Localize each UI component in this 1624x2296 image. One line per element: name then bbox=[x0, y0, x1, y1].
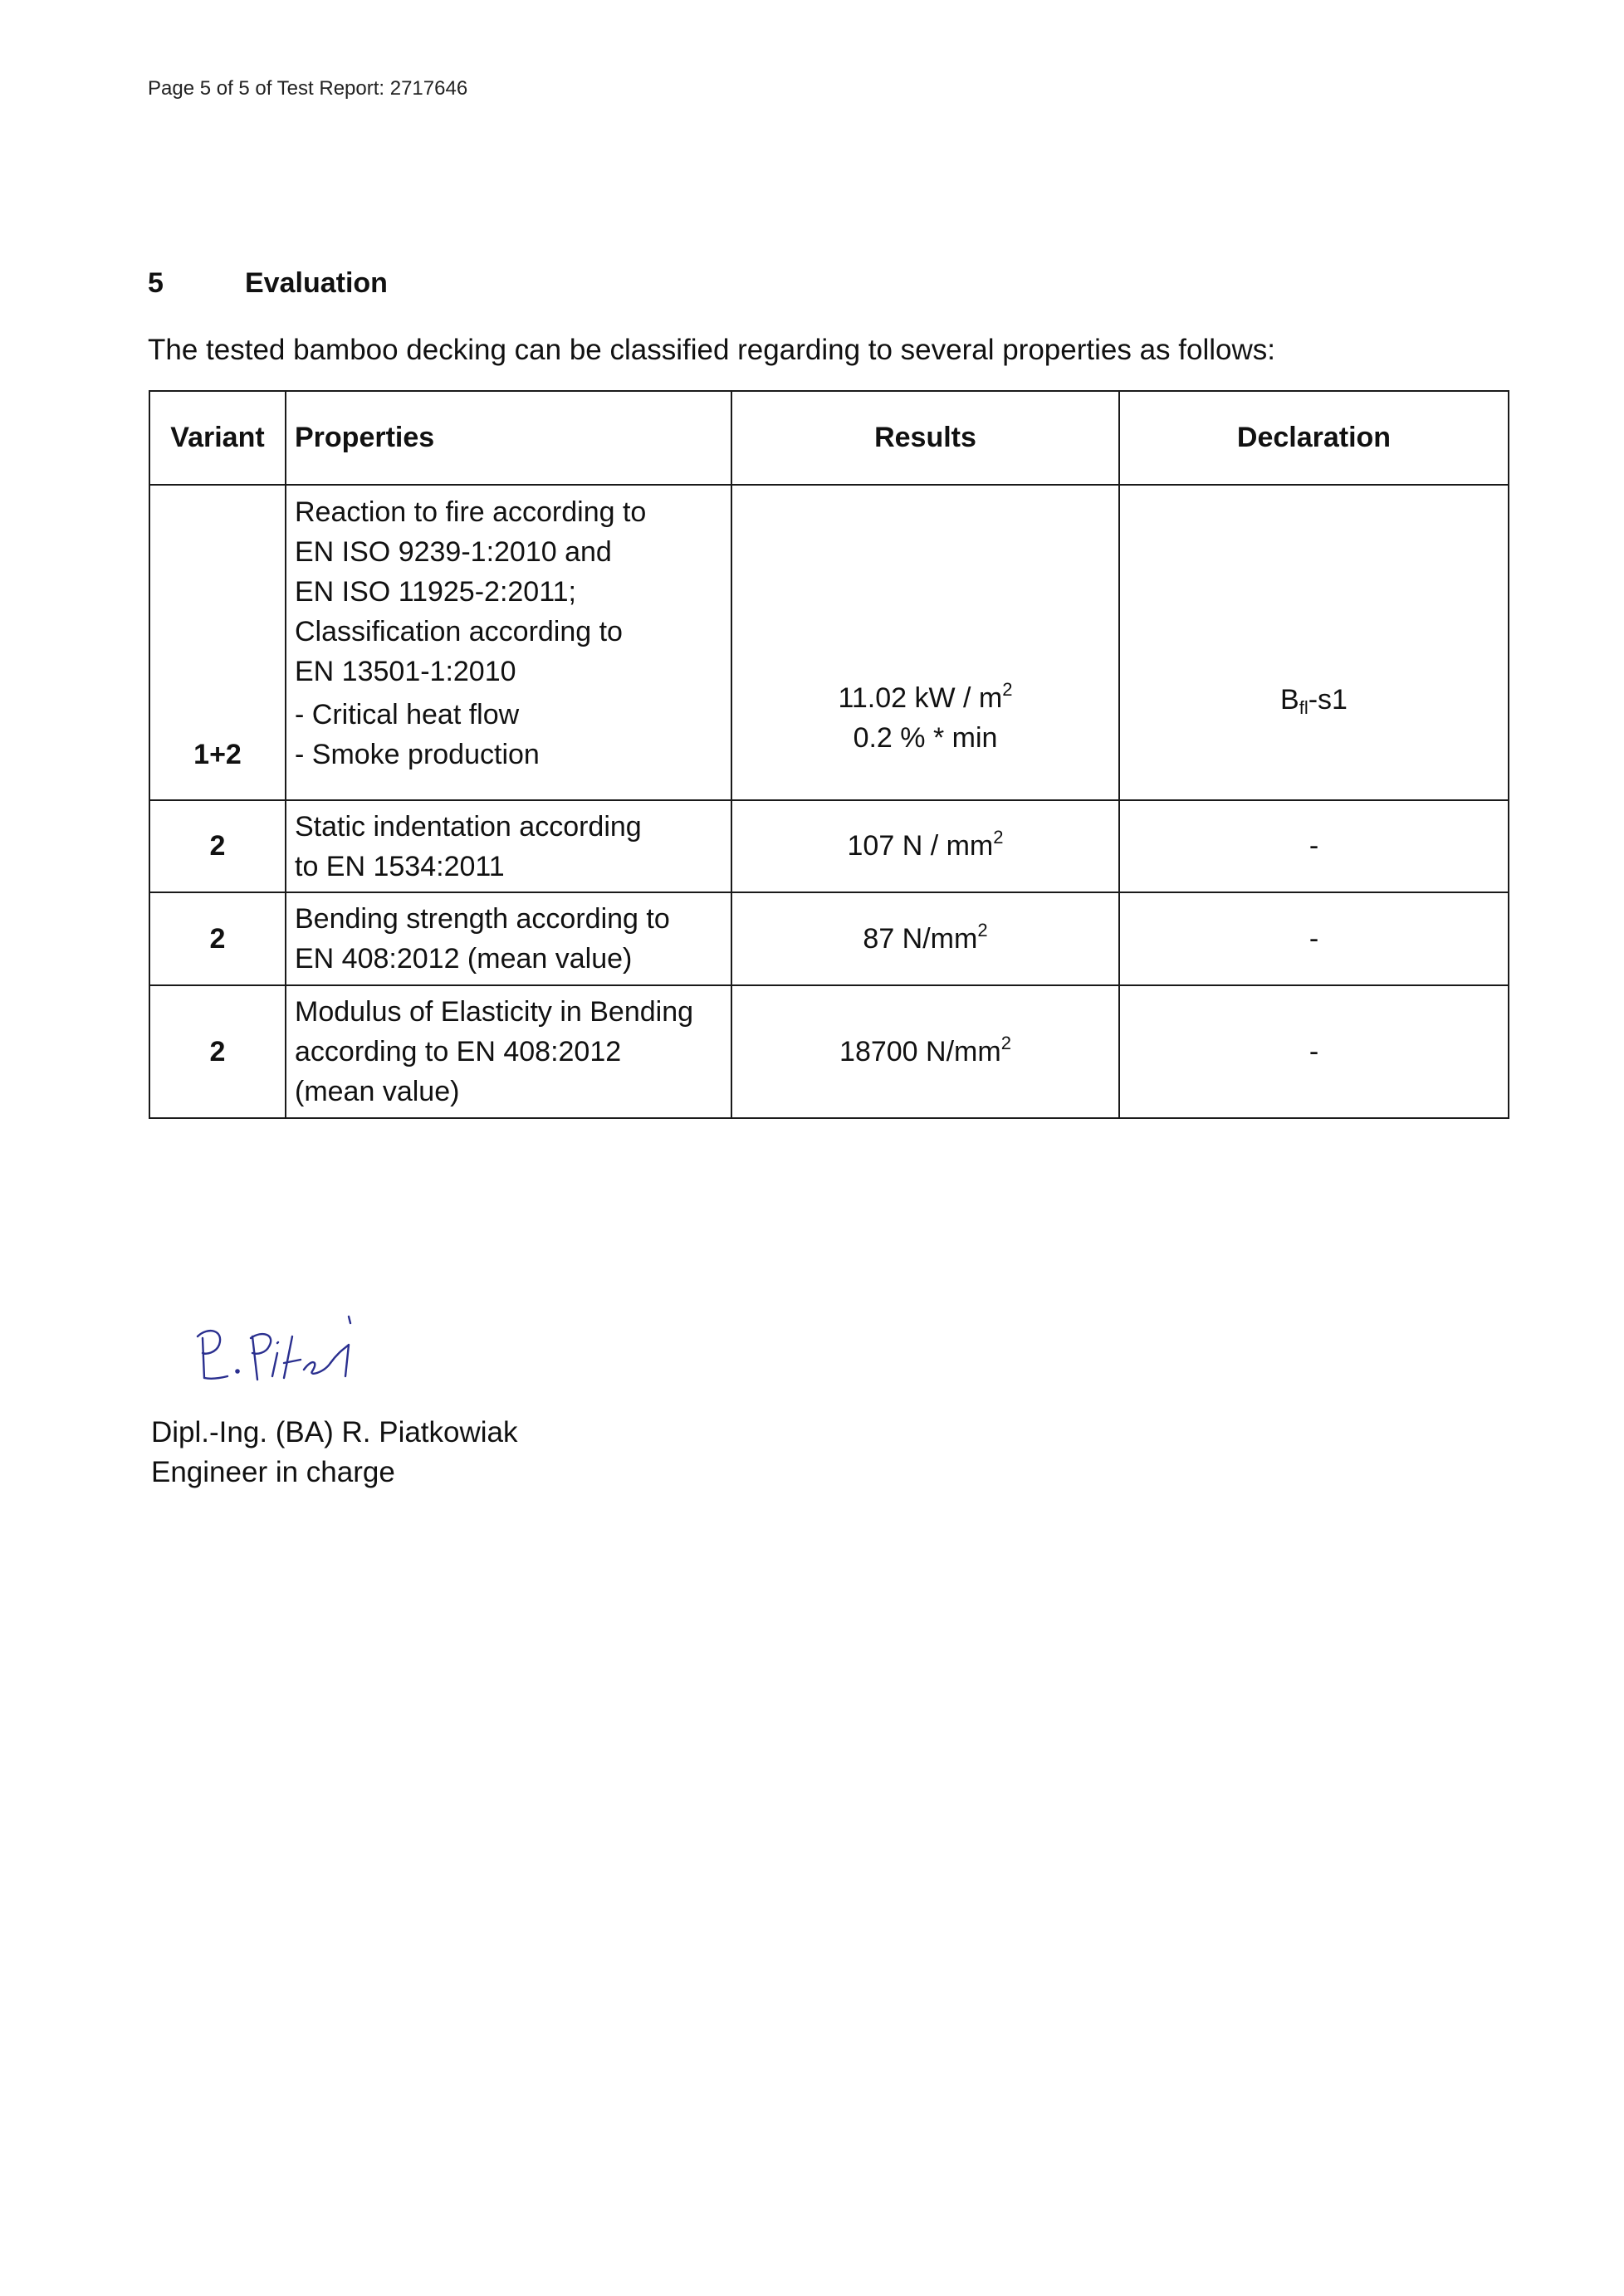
table-row: 2 Modulus of Elasticity in Bending accor… bbox=[149, 985, 1509, 1118]
property-line: according to EN 408:2012 bbox=[295, 1032, 722, 1072]
table-row: 2 Static indentation according to EN 153… bbox=[149, 800, 1509, 892]
page-header: Page 5 of 5 of Test Report: 2717646 bbox=[148, 77, 467, 100]
property-line: - Critical heat flow bbox=[295, 695, 722, 735]
evaluation-table: Variant Properties Results Declaration 1… bbox=[149, 390, 1509, 1119]
intro-paragraph: The tested bamboo decking can be classif… bbox=[148, 334, 1275, 367]
property-line: Modulus of Elasticity in Bending bbox=[295, 992, 722, 1032]
declaration-cell: - bbox=[1119, 800, 1509, 892]
header-variant: Variant bbox=[149, 391, 286, 485]
signer-block: Dipl.-Ing. (BA) R. Piatkowiak Engineer i… bbox=[151, 1413, 518, 1492]
property-line: to EN 1534:2011 bbox=[295, 847, 722, 887]
results-cell: 107 N / mm2 bbox=[731, 800, 1119, 892]
properties-cell: Reaction to fire according to EN ISO 923… bbox=[286, 485, 731, 800]
property-line: EN 408:2012 (mean value) bbox=[295, 939, 722, 979]
variant-cell: 1+2 bbox=[149, 485, 286, 800]
table-header-row: Variant Properties Results Declaration bbox=[149, 391, 1509, 485]
property-line: Classification according to bbox=[295, 612, 722, 652]
property-line: EN ISO 11925-2:2011; bbox=[295, 572, 722, 612]
signature-image bbox=[191, 1312, 374, 1386]
signer-name: Dipl.-Ing. (BA) R. Piatkowiak bbox=[151, 1413, 518, 1453]
declaration-cell: Bfl-s1 bbox=[1119, 485, 1509, 800]
property-line: Bending strength according to bbox=[295, 899, 722, 939]
result-value: 0.2 % * min bbox=[741, 718, 1110, 758]
results-cell: 18700 N/mm2 bbox=[731, 985, 1119, 1118]
properties-cell: Static indentation according to EN 1534:… bbox=[286, 800, 731, 892]
section-title: Evaluation bbox=[245, 267, 388, 299]
property-line: (mean value) bbox=[295, 1072, 722, 1111]
property-line: Reaction to fire according to bbox=[295, 492, 722, 532]
declaration-value: Bfl-s1 bbox=[1128, 680, 1499, 720]
property-line: EN ISO 9239-1:2010 and bbox=[295, 532, 722, 572]
declaration-cell: - bbox=[1119, 985, 1509, 1118]
variant-cell: 2 bbox=[149, 892, 286, 985]
table-row: 2 Bending strength according to EN 408:2… bbox=[149, 892, 1509, 985]
properties-cell: Modulus of Elasticity in Bending accordi… bbox=[286, 985, 731, 1118]
header-results: Results bbox=[731, 391, 1119, 485]
property-line: - Smoke production bbox=[295, 735, 722, 774]
property-line: EN 13501-1:2010 bbox=[295, 652, 722, 691]
result-value: 11.02 kW / m2 bbox=[741, 678, 1110, 718]
section-number: 5 bbox=[148, 267, 245, 300]
results-cell: 87 N/mm2 bbox=[731, 892, 1119, 985]
results-cell: 11.02 kW / m2 0.2 % * min bbox=[731, 485, 1119, 800]
section-heading: 5Evaluation bbox=[148, 267, 388, 300]
header-declaration: Declaration bbox=[1119, 391, 1509, 485]
property-line: Static indentation according bbox=[295, 807, 722, 847]
header-properties: Properties bbox=[286, 391, 731, 485]
table-row: 1+2 Reaction to fire according to EN ISO… bbox=[149, 485, 1509, 800]
declaration-cell: - bbox=[1119, 892, 1509, 985]
variant-cell: 2 bbox=[149, 800, 286, 892]
variant-cell: 2 bbox=[149, 985, 286, 1118]
properties-cell: Bending strength according to EN 408:201… bbox=[286, 892, 731, 985]
signer-role: Engineer in charge bbox=[151, 1453, 518, 1492]
